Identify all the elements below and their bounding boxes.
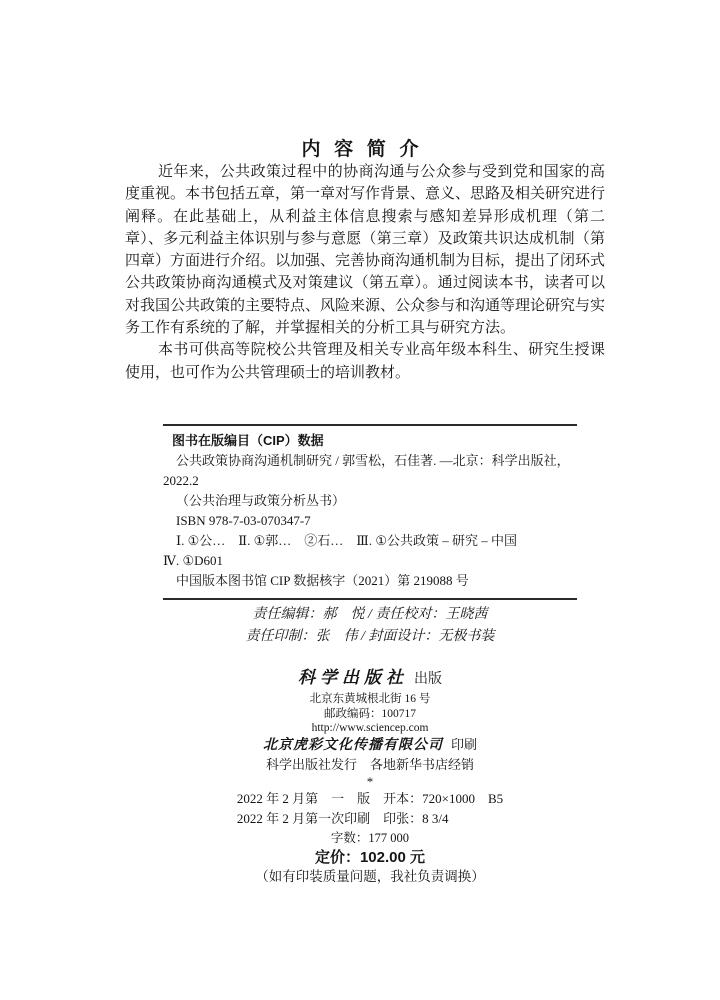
edition-block: 2022 年 2 月第 一 版 开本：720×1000 B5 2022 年 2 … — [237, 789, 503, 829]
cip-record-number-line: 中国版本图书馆 CIP 数据核字（2021）第 219088 号 — [163, 571, 577, 591]
publisher-line: 科学出版社出版 — [163, 666, 577, 692]
summary-paragraph-2: 本书可供高等院校公共管理及相关专业高年级本科生、研究生授课使用，也可作为公共管理… — [125, 339, 605, 384]
book-copyright-page: 内容简介 近年来，公共政策过程中的协商沟通与公众参与受到党和国家的高度重视。本书… — [0, 0, 720, 1000]
printer-suffix: 印刷 — [451, 737, 477, 752]
summary-paragraph-1: 近年来，公共政策过程中的协商沟通与公众参与受到党和国家的高度重视。本书包括五章，… — [125, 161, 605, 339]
printer-name: 北京虎彩文化传播有限公司 — [263, 738, 443, 753]
content-summary-title: 内容简介 — [0, 134, 720, 161]
star-divider: * — [163, 775, 577, 789]
colophon: 科学出版社出版 北京东黄城根北街 16 号 邮政编码：100717 http:/… — [163, 666, 577, 886]
cip-year-line: 2022.2 — [163, 471, 577, 491]
cip-section: 图书在版编目（CIP）数据 公共政策协商沟通机制研究 / 郭雪松，石佳著. —北… — [163, 424, 577, 600]
quality-note-line: （如有印装质量问题，我社负责调换） — [163, 867, 577, 886]
publisher-name: 科学出版社 — [298, 668, 408, 687]
word-count-line: 字数：177 000 — [163, 829, 577, 848]
cip-title-line: 公共政策协商沟通机制研究 / 郭雪松，石佳著. —北京：科学出版社， — [163, 451, 577, 471]
cip-class-code-line: Ⅳ. ①D601 — [163, 551, 577, 571]
content-summary: 近年来，公共政策过程中的协商沟通与公众参与受到党和国家的高度重视。本书包括五章，… — [125, 161, 605, 384]
cip-classification-line: Ⅰ. ①公… Ⅱ. ①郭… ②石… Ⅲ. ①公共政策 – 研究 – 中国 — [163, 531, 577, 551]
cip-isbn-line: ISBN 978-7-03-070347-7 — [163, 511, 577, 531]
publisher-suffix: 出版 — [414, 672, 442, 687]
staff-credits: 责任编辑：郝 悦 / 责任校对：王晓茜 责任印制：张 伟 / 封面设计：无极书装 — [163, 604, 577, 648]
price-line: 定价：102.00 元 — [163, 848, 577, 867]
cip-series-line: （公共治理与政策分析丛书） — [163, 491, 577, 511]
cip-heading: 图书在版编目（CIP）数据 — [163, 431, 577, 451]
editor-proofreader-line: 责任编辑：郝 悦 / 责任校对：王晓茜 — [163, 604, 577, 626]
distribution-line: 科学出版社发行 各地新华书店经销 — [163, 755, 577, 775]
publisher-address: 北京东黄城根北街 16 号 — [163, 692, 577, 707]
printing-cover-design-line: 责任印制：张 伟 / 封面设计：无极书装 — [163, 626, 577, 648]
publisher-website: http://www.sciencep.com — [163, 721, 577, 735]
postal-code: 邮政编码：100717 — [163, 707, 577, 721]
impression-line: 2022 年 2 月第一次印刷 印张：8 3/4 — [237, 809, 503, 829]
printer-line: 北京虎彩文化传播有限公司印刷 — [163, 735, 577, 755]
edition-line: 2022 年 2 月第 一 版 开本：720×1000 B5 — [237, 789, 503, 809]
